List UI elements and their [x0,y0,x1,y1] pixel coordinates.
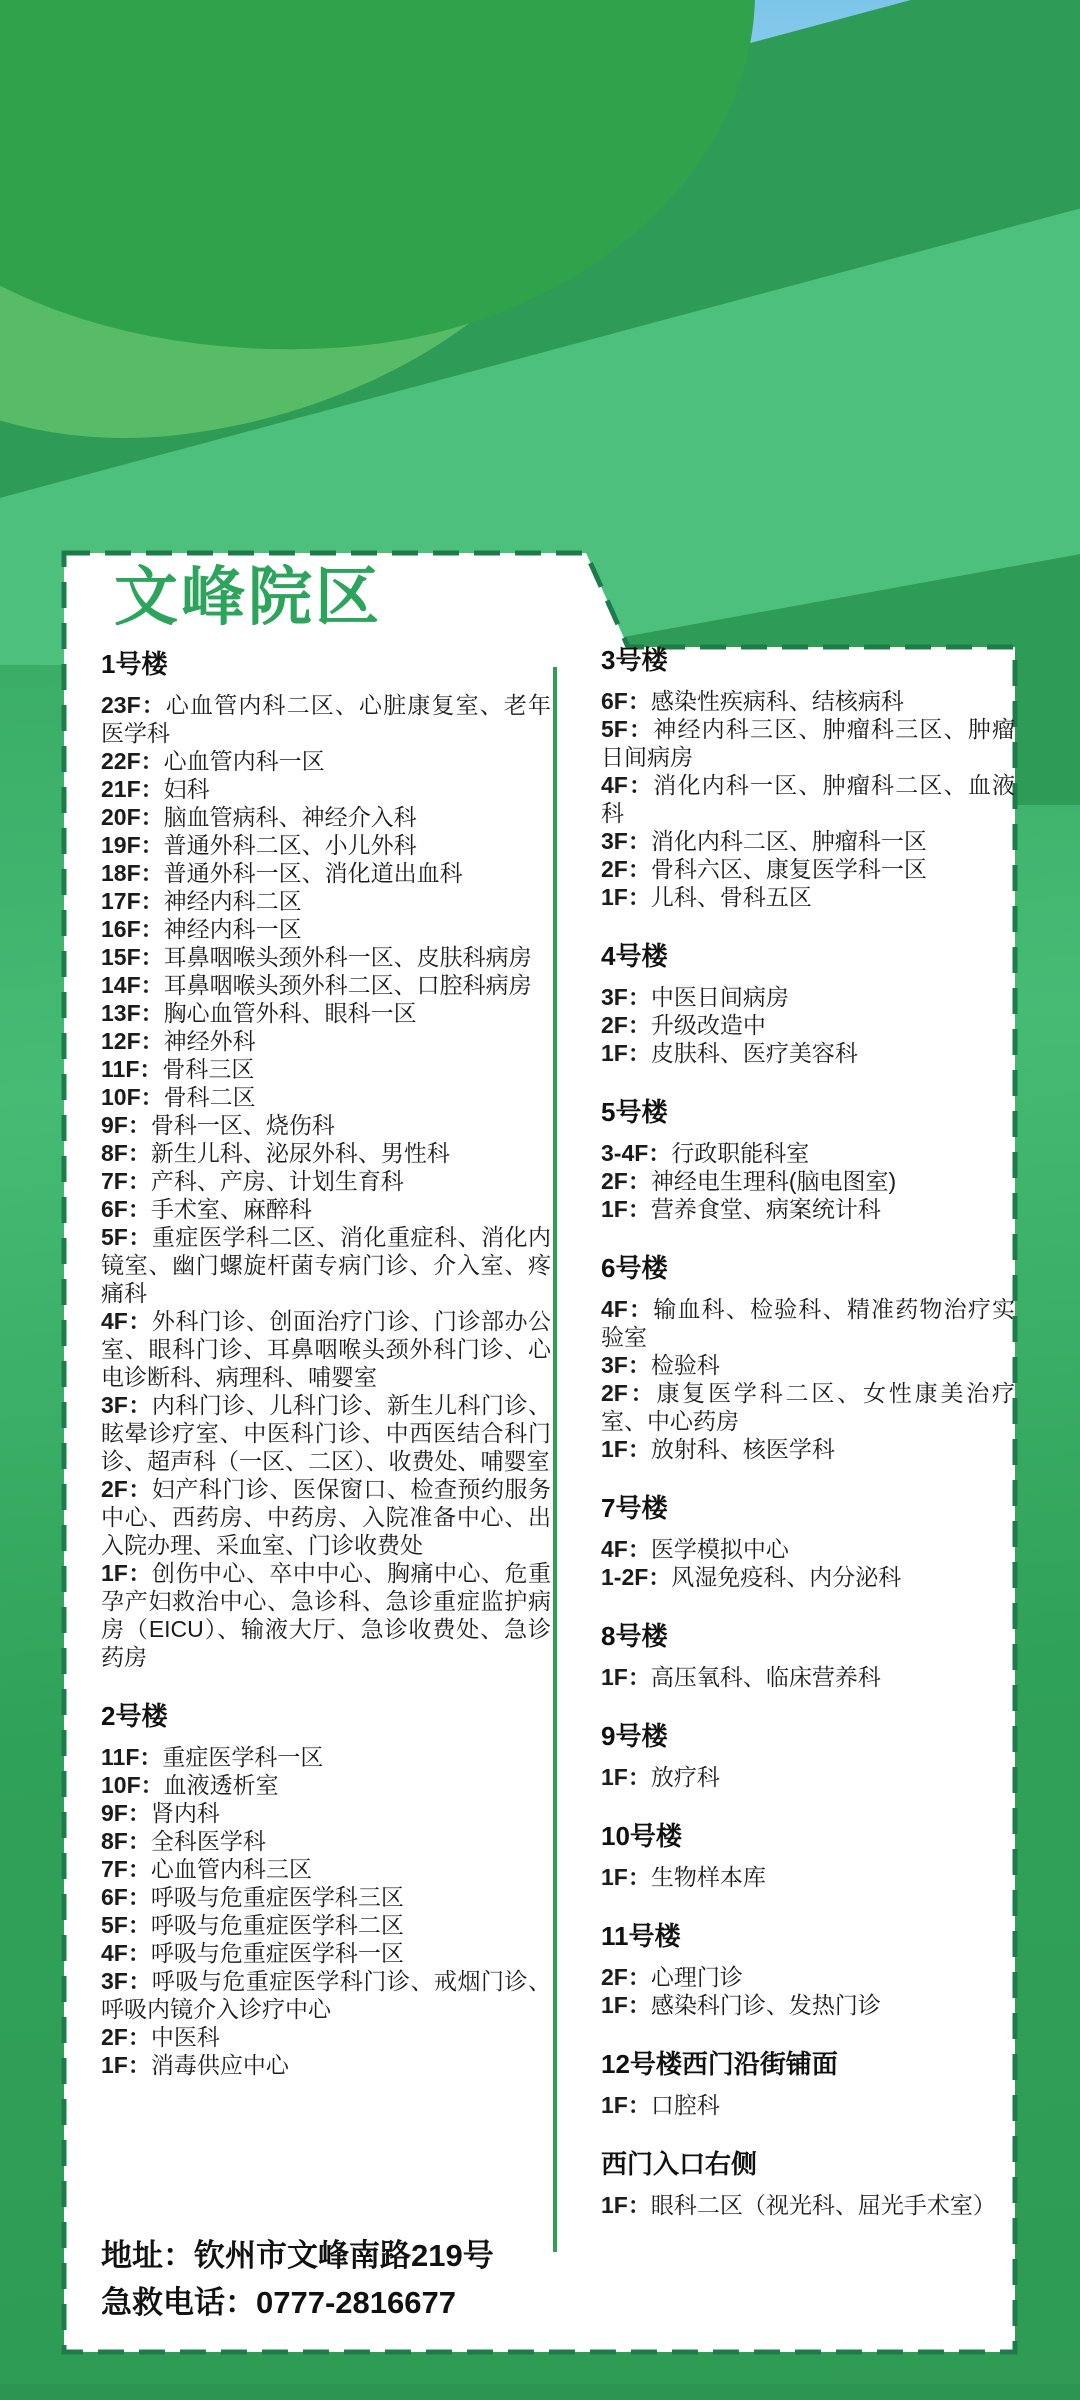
building-name: 7号楼 [601,1493,1015,1523]
floor-departments: 骨科六区、康复医学科一区 [651,856,927,882]
floor-list: 23F：心血管内科二区、心脏康复室、老年医学科22F：心血管内科一区21F：妇科… [101,691,551,1671]
floor-row: 7F：产科、产房、计划生育科 [101,1167,551,1195]
floor-row: 1F：消毒供应中心 [101,2051,551,2079]
floor-label: 4F： [101,1940,151,1966]
building-section: 7号楼 4F：医学模拟中心1-2F：风湿免疫科、内分泌科 [601,1493,1015,1591]
floor-row: 2F：中医科 [101,2023,551,2051]
floor-row: 14F：耳鼻咽喉头颈外科二区、口腔科病房 [101,971,551,999]
building-name: 8号楼 [601,1621,1015,1651]
floor-row: 2F：康复医学科二区、女性康美治疗室、中心药房 [601,1379,1015,1435]
floor-label: 7F： [101,1168,151,1194]
floor-row: 22F：心血管内科一区 [101,747,551,775]
floor-departments: 眼科二区（视光科、屈光手术室） [651,2192,996,2218]
building-name: 6号楼 [601,1253,1015,1283]
building-section: 4号楼 3F：中医日间病房2F：升级改造中1F：皮肤科、医疗美容科 [601,941,1015,1067]
floor-list: 11F：重症医学科一区10F：血液透析室9F：肾内科8F：全科医学科7F：心血管… [101,1743,551,2079]
floor-row: 9F：肾内科 [101,1799,551,1827]
floor-row: 1F：放疗科 [601,1763,1015,1791]
floor-departments: 风湿免疫科、内分泌科 [671,1564,901,1590]
floor-row: 5F：神经内科三区、肿瘤科三区、肿瘤日间病房 [601,715,1015,771]
floor-label: 12F： [101,1028,164,1054]
floor-row: 2F：神经电生理科(脑电图室) [601,1167,1015,1195]
floor-label: 18F： [101,860,164,886]
floor-departments: 手术室、麻醉科 [151,1196,312,1222]
floor-label: 2F： [101,2024,151,2050]
floor-departments: 骨科二区 [164,1084,256,1110]
floor-departments: 生物样本库 [651,1864,766,1890]
column-divider [553,667,557,2252]
floor-label: 4F： [601,772,653,798]
floor-departments: 骨科一区、烧伤科 [151,1112,335,1138]
floor-departments: 中医日间病房 [651,984,789,1010]
floor-departments: 新生儿科、泌尿外科、男性科 [151,1140,450,1166]
floor-row: 4F：消化内科一区、肿瘤科二区、血液科 [601,771,1015,827]
building-section: 8号楼 1F：高压氧科、临床营养科 [601,1621,1015,1691]
phone-line: 急救电话：0777-2816677 [101,2279,494,2326]
floor-label: 7F： [101,1856,151,1882]
floor-list: 3F：中医日间病房2F：升级改造中1F：皮肤科、医疗美容科 [601,983,1015,1067]
floor-departments: 产科、产房、计划生育科 [151,1168,404,1194]
floor-row: 5F：重症医学科二区、消化重症科、消化内镜室、幽门螺旋杆菌专病门诊、介入室、疼痛… [101,1223,551,1307]
floor-label: 9F： [101,1800,151,1826]
floor-row: 13F：胸心血管外科、眼科一区 [101,999,551,1027]
floor-label: 1F： [601,1992,651,2018]
floor-departments: 创伤中心、卒中中心、胸痛中心、危重孕产妇救治中心、急诊科、急诊重症监护病房（EI… [101,1560,551,1670]
floor-row: 2F：升级改造中 [601,1011,1015,1039]
floor-row: 8F：新生儿科、泌尿外科、男性科 [101,1139,551,1167]
floor-label: 11F： [101,1056,162,1082]
floor-row: 8F：全科医学科 [101,1827,551,1855]
floor-departments: 妇科 [164,776,210,802]
floor-label: 19F： [101,832,164,858]
floor-row: 1F：口腔科 [601,2091,1015,2119]
floor-departments: 神经电生理科(脑电图室) [651,1168,896,1194]
floor-label: 4F： [101,1308,152,1334]
floor-row: 11F：骨科三区 [101,1055,551,1083]
floor-label: 16F： [101,916,164,942]
floor-departments: 皮肤科、医疗美容科 [651,1040,858,1066]
floor-departments: 神经内科三区、肿瘤科三区、肿瘤日间病房 [601,716,1015,770]
building-name: 9号楼 [601,1721,1015,1751]
floor-row: 9F：骨科一区、烧伤科 [101,1111,551,1139]
floor-departments: 升级改造中 [651,1012,766,1038]
floor-departments: 儿科、骨科五区 [651,884,812,910]
floor-list: 4F：输血科、检验科、精准药物治疗实验室3F：检验科2F：康复医学科二区、女性康… [601,1295,1015,1463]
floor-label: 1F： [601,1664,651,1690]
floor-row: 15F：耳鼻咽喉头颈外科一区、皮肤科病房 [101,943,551,971]
building-name: 12号楼西门沿街铺面 [601,2049,1015,2079]
floor-row: 1F：放射科、核医学科 [601,1435,1015,1463]
floor-label: 17F： [101,888,164,914]
floor-row: 18F：普通外科一区、消化道出血科 [101,859,551,887]
floor-row: 2F：骨科六区、康复医学科一区 [601,855,1015,883]
floor-list: 6F：感染性疾病科、结核病科5F：神经内科三区、肿瘤科三区、肿瘤日间病房4F：消… [601,687,1015,911]
building-name: 1号楼 [101,649,551,679]
floor-row: 23F：心血管内科二区、心脏康复室、老年医学科 [101,691,551,747]
floor-list: 3-4F：行政职能科室2F：神经电生理科(脑电图室)1F：营养食堂、病案统计科 [601,1139,1015,1223]
floor-label: 11F： [101,1744,162,1770]
floor-row: 3F：呼吸与危重症医学科门诊、戒烟门诊、呼吸内镜介入诊疗中心 [101,1967,551,2023]
building-name: 2号楼 [101,1701,551,1731]
floor-row: 1F：儿科、骨科五区 [601,883,1015,911]
floor-departments: 感染性疾病科、结核病科 [651,688,904,714]
building-section: 12号楼西门沿街铺面 1F：口腔科 [601,2049,1015,2119]
floor-row: 21F：妇科 [101,775,551,803]
floor-departments: 营养食堂、病案统计科 [651,1196,881,1222]
floor-departments: 心理门诊 [651,1964,743,1990]
floor-departments: 放疗科 [651,1764,720,1790]
floor-row: 4F：医学模拟中心 [601,1535,1015,1563]
floor-label: 2F： [601,1380,656,1406]
floor-list: 1F：高压氧科、临床营养科 [601,1663,1015,1691]
floor-departments: 呼吸与危重症医学科门诊、戒烟门诊、呼吸内镜介入诊疗中心 [101,1968,551,2022]
floor-departments: 神经内科二区 [164,888,302,914]
floor-departments: 医学模拟中心 [651,1536,789,1562]
floor-row: 2F：心理门诊 [601,1963,1015,1991]
floor-row: 11F：重症医学科一区 [101,1743,551,1771]
floor-label: 2F： [601,856,651,882]
floor-departments: 心血管内科三区 [151,1856,312,1882]
floor-row: 19F：普通外科二区、小儿外科 [101,831,551,859]
address-label: 地址： [101,2238,194,2273]
building-name: 西门入口右侧 [601,2149,1015,2179]
floor-label: 23F： [101,692,166,718]
floor-row: 3F：内科门诊、儿科门诊、新生儿科门诊、眩晕诊疗室、中医科门诊、中西医结合科门诊… [101,1391,551,1475]
floor-row: 6F：手术室、麻醉科 [101,1195,551,1223]
floor-departments: 检验科 [651,1352,720,1378]
floor-label: 5F： [601,716,653,742]
floor-list: 1F：放疗科 [601,1763,1015,1791]
floor-departments: 呼吸与危重症医学科二区 [151,1912,404,1938]
floor-label: 3F： [101,1392,152,1418]
floor-row: 3F：检验科 [601,1351,1015,1379]
floor-departments: 心血管内科二区、心脏康复室、老年医学科 [101,692,551,746]
floor-departments: 普通外科一区、消化道出血科 [164,860,463,886]
floor-label: 1F： [601,1436,651,1462]
floor-row: 4F：呼吸与危重症医学科一区 [101,1939,551,1967]
floor-row: 1F：皮肤科、医疗美容科 [601,1039,1015,1067]
floor-departments: 重症医学科二区、消化重症科、消化内镜室、幽门螺旋杆菌专病门诊、介入室、疼痛科 [101,1224,551,1306]
floor-departments: 口腔科 [651,2092,720,2118]
floor-row: 6F：呼吸与危重症医学科三区 [101,1883,551,1911]
floor-label: 1F： [601,1040,651,1066]
floor-row: 1-2F：风湿免疫科、内分泌科 [601,1563,1015,1591]
building-section: 5号楼 3-4F：行政职能科室2F：神经电生理科(脑电图室)1F：营养食堂、病案… [601,1097,1015,1223]
floor-label: 15F： [101,944,164,970]
floor-label: 6F： [101,1884,151,1910]
floor-label: 2F： [601,1964,651,1990]
floor-row: 1F：创伤中心、卒中中心、胸痛中心、危重孕产妇救治中心、急诊科、急诊重症监护病房… [101,1559,551,1671]
floor-departments: 神经内科一区 [164,916,302,942]
floor-label: 1F： [601,2092,651,2118]
floor-row: 2F：妇产科门诊、医保窗口、检查预约服务中心、西药房、中药房、入院准备中心、出入… [101,1475,551,1559]
floor-departments: 消毒供应中心 [151,2052,289,2078]
address-line: 地址：钦州市文峰南路219号 [101,2232,494,2279]
floor-label: 4F： [601,1296,653,1322]
floor-row: 3F：消化内科二区、肿瘤科一区 [601,827,1015,855]
floor-label: 3F： [601,1352,651,1378]
floor-departments: 消化内科一区、肿瘤科二区、血液科 [601,772,1015,826]
building-section: 11号楼 2F：心理门诊1F：感染科门诊、发热门诊 [601,1921,1015,2019]
floor-departments: 心血管内科一区 [164,748,325,774]
floor-list: 1F：生物样本库 [601,1863,1015,1891]
floor-label: 1F： [601,1764,651,1790]
floor-departments: 外科门诊、创面治疗门诊、门诊部办公室、眼科门诊、耳鼻咽喉头颈外科门诊、心电诊断科… [101,1308,551,1390]
floor-row: 4F：外科门诊、创面治疗门诊、门诊部办公室、眼科门诊、耳鼻咽喉头颈外科门诊、心电… [101,1307,551,1391]
floor-row: 3F：中医日间病房 [601,983,1015,1011]
floor-departments: 放射科、核医学科 [651,1436,835,1462]
floor-label: 9F： [101,1112,151,1138]
floor-departments: 内科门诊、儿科门诊、新生儿科门诊、眩晕诊疗室、中医科门诊、中西医结合科门诊、超声… [101,1392,551,1474]
floor-label: 1F： [101,2052,151,2078]
floor-list: 2F：心理门诊1F：感染科门诊、发热门诊 [601,1963,1015,2019]
building-section: 1号楼 23F：心血管内科二区、心脏康复室、老年医学科22F：心血管内科一区21… [101,649,551,1671]
directory-card: 文峰院区 1号楼 23F：心血管内科二区、心脏康复室、老年医学科22F：心血管内… [56,545,1023,2360]
floor-departments: 呼吸与危重症医学科三区 [151,1884,404,1910]
floor-departments: 中医科 [151,2024,220,2050]
floor-label: 13F： [101,1000,164,1026]
floor-row: 10F：骨科二区 [101,1083,551,1111]
directory-column-left: 1号楼 23F：心血管内科二区、心脏康复室、老年医学科22F：心血管内科一区21… [101,649,551,2079]
floor-label: 6F： [601,688,651,714]
floor-label: 5F： [101,1912,151,1938]
floor-label: 1F： [601,1196,651,1222]
floor-label: 8F： [101,1828,151,1854]
phone-value: 0777-2816677 [256,2285,456,2320]
floor-label: 1F： [601,1864,651,1890]
floor-label: 20F： [101,804,164,830]
floor-departments: 重症医学科一区 [162,1744,323,1770]
floor-departments: 耳鼻咽喉头颈外科一区、皮肤科病房 [164,944,532,970]
floor-row: 4F：输血科、检验科、精准药物治疗实验室 [601,1295,1015,1351]
floor-row: 20F：脑血管病科、神经介入科 [101,803,551,831]
floor-label: 2F： [101,1476,152,1502]
floor-label: 1-2F： [601,1564,671,1590]
floor-row: 1F：眼科二区（视光科、屈光手术室） [601,2191,1015,2219]
building-section: 10号楼 1F：生物样本库 [601,1821,1015,1891]
building-section: 3号楼 6F：感染性疾病科、结核病科5F：神经内科三区、肿瘤科三区、肿瘤日间病房… [601,645,1015,911]
building-section: 6号楼 4F：输血科、检验科、精准药物治疗实验室3F：检验科2F：康复医学科二区… [601,1253,1015,1463]
floor-row: 1F：高压氧科、临床营养科 [601,1663,1015,1691]
floor-departments: 行政职能科室 [671,1140,809,1166]
floor-departments: 呼吸与危重症医学科一区 [151,1940,404,1966]
building-section: 西门入口右侧 1F：眼科二区（视光科、屈光手术室） [601,2149,1015,2219]
floor-departments: 妇产科门诊、医保窗口、检查预约服务中心、西药房、中药房、入院准备中心、出入院办理… [101,1476,551,1558]
campus-title: 文峰院区 [114,561,382,633]
building-name: 3号楼 [601,645,1015,675]
directory-column-right: 3号楼 6F：感染性疾病科、结核病科5F：神经内科三区、肿瘤科三区、肿瘤日间病房… [601,645,1015,2219]
floor-departments: 感染科门诊、发热门诊 [651,1992,881,2018]
floor-row: 12F：神经外科 [101,1027,551,1055]
floor-row: 16F：神经内科一区 [101,915,551,943]
floor-departments: 肾内科 [151,1800,220,1826]
floor-label: 5F： [101,1224,152,1250]
floor-row: 5F：呼吸与危重症医学科二区 [101,1911,551,1939]
floor-row: 7F：心血管内科三区 [101,1855,551,1883]
floor-label: 4F： [601,1536,651,1562]
floor-departments: 骨科三区 [162,1056,254,1082]
floor-label: 21F： [101,776,164,802]
floor-list: 4F：医学模拟中心1-2F：风湿免疫科、内分泌科 [601,1535,1015,1591]
floor-departments: 高压氧科、临床营养科 [651,1664,881,1690]
floor-list: 1F：眼科二区（视光科、屈光手术室） [601,2191,1015,2219]
floor-label: 3F： [101,1968,152,1994]
floor-departments: 神经外科 [164,1028,256,1054]
floor-departments: 脑血管病科、神经介入科 [164,804,417,830]
floor-departments: 输血科、检验科、精准药物治疗实验室 [601,1296,1015,1350]
floor-label: 1F： [601,2192,651,2218]
floor-label: 3F： [601,828,651,854]
floor-label: 1F： [101,1560,152,1586]
poster-page: 钦州市第二人民医院 文峰院区 1号楼 23F：心血管内科二区、心脏康复室、老年医… [0,0,1080,2400]
floor-departments: 胸心血管外科、眼科一区 [164,1000,417,1026]
floor-row: 1F：感染科门诊、发热门诊 [601,1991,1015,2019]
floor-label: 1F： [601,884,651,910]
floor-row: 17F：神经内科二区 [101,887,551,915]
floor-label: 2F： [601,1168,651,1194]
floor-row: 6F：感染性疾病科、结核病科 [601,687,1015,715]
floor-departments: 全科医学科 [151,1828,266,1854]
floor-departments: 消化内科二区、肿瘤科一区 [651,828,927,854]
phone-label: 急救电话： [101,2285,256,2320]
floor-label: 22F： [101,748,164,774]
floor-departments: 康复医学科二区、女性康美治疗室、中心药房 [601,1380,1015,1434]
floor-row: 1F：营养食堂、病案统计科 [601,1195,1015,1223]
floor-label: 10F： [101,1772,164,1798]
floor-label: 2F： [601,1012,651,1038]
floor-label: 14F： [101,972,164,998]
floor-row: 3-4F：行政职能科室 [601,1139,1015,1167]
building-name: 5号楼 [601,1097,1015,1127]
building-section: 2号楼 11F：重症医学科一区10F：血液透析室9F：肾内科8F：全科医学科7F… [101,1701,551,2079]
floor-label: 8F： [101,1140,151,1166]
contact-info: 地址：钦州市文峰南路219号 急救电话：0777-2816677 [101,2232,494,2326]
floor-row: 1F：生物样本库 [601,1863,1015,1891]
building-name: 10号楼 [601,1821,1015,1851]
floor-departments: 耳鼻咽喉头颈外科二区、口腔科病房 [164,972,532,998]
floor-label: 6F： [101,1196,151,1222]
bottom-strip [0,2384,1080,2400]
floor-label: 3-4F： [601,1140,671,1166]
floor-label: 10F： [101,1084,164,1110]
building-name: 4号楼 [601,941,1015,971]
floor-departments: 血液透析室 [164,1772,279,1798]
address-value: 钦州市文峰南路219号 [194,2238,494,2273]
floor-departments: 普通外科二区、小儿外科 [164,832,417,858]
floor-list: 1F：口腔科 [601,2091,1015,2119]
building-section: 9号楼 1F：放疗科 [601,1721,1015,1791]
floor-label: 3F： [601,984,651,1010]
building-name: 11号楼 [601,1921,1015,1951]
floor-row: 10F：血液透析室 [101,1771,551,1799]
